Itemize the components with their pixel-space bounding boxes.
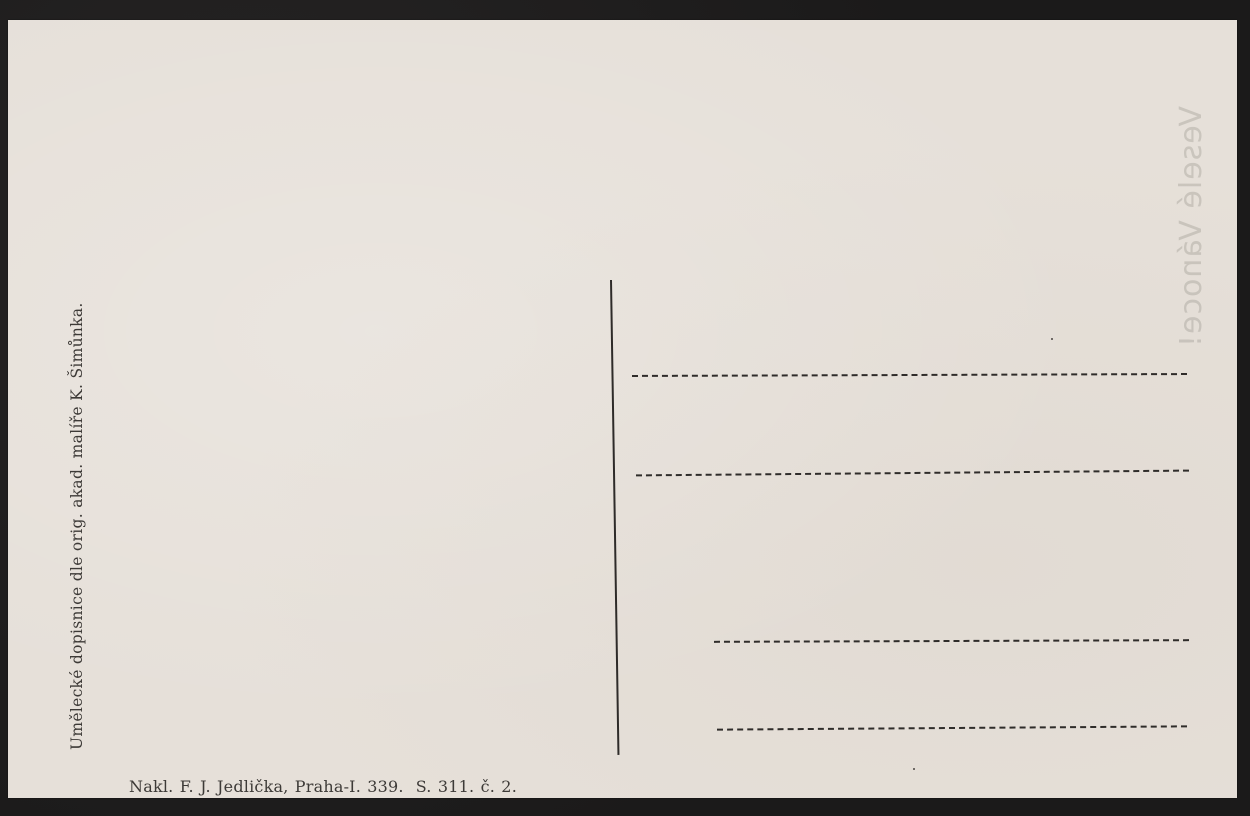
show-through-greeting-text: Veselé Vánoce!	[1174, 106, 1209, 348]
message-address-divider	[610, 280, 619, 755]
publisher-imprint: Nakl. F. J. Jedlička, Praha-I. 339.S. 31…	[129, 777, 517, 796]
paper-speck	[1051, 338, 1053, 340]
address-line-2	[636, 470, 1189, 477]
publisher-name: Nakl. F. J. Jedlička, Praha-I. 339.	[129, 777, 404, 796]
series-number: S. 311. č. 2.	[416, 777, 517, 796]
artist-credit-text: Umělecké dopisnice dle orig. akad. malíř…	[68, 302, 86, 750]
address-line-1	[632, 373, 1187, 377]
postcard-back: Umělecké dopisnice dle orig. akad. malíř…	[8, 20, 1237, 798]
address-line-3	[714, 639, 1189, 643]
address-line-4	[717, 725, 1187, 730]
paper-speck	[913, 768, 915, 770]
